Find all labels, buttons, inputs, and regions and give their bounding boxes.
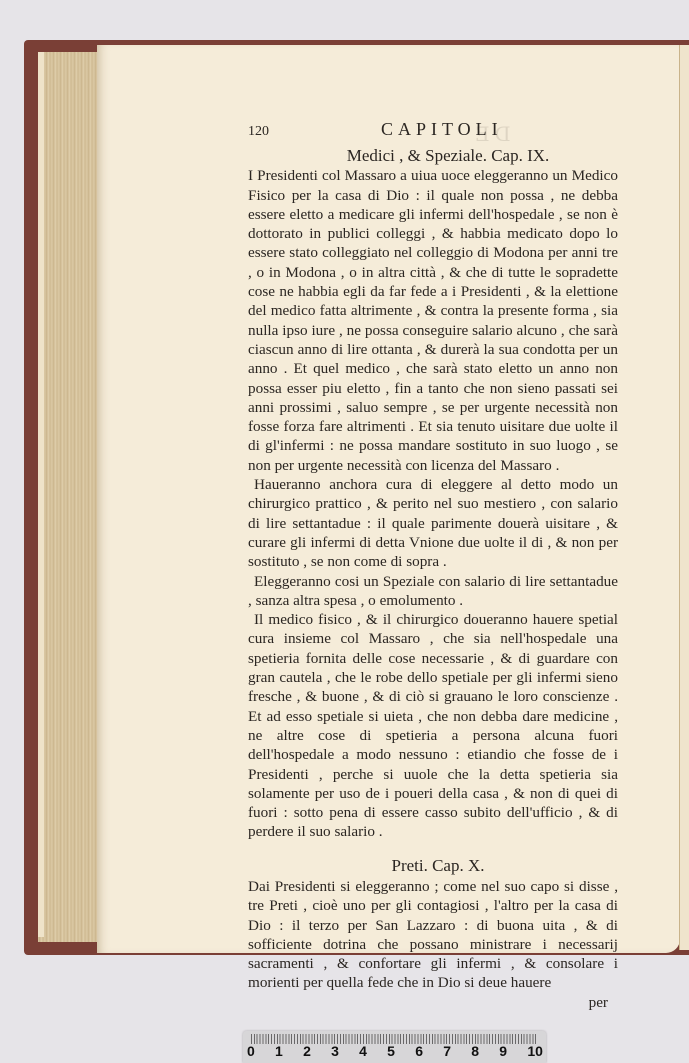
ruler-label: 10 (527, 1043, 543, 1059)
paragraph: Eleggeranno cosi un Speziale con salario… (248, 572, 618, 611)
paragraph: Dai Presidenti si eleggeranno ; come nel… (248, 877, 618, 993)
chapter-heading-ix: Medici , & Speziale. Cap. IX. (248, 146, 618, 165)
ruler-labels: 0 1 2 3 4 5 6 7 8 9 10 (247, 1043, 543, 1059)
paragraph: Haueranno anchora cura di eleggere al de… (248, 475, 618, 571)
running-head: 120 CAPITOLI (248, 120, 618, 144)
ruler-label: 2 (303, 1043, 311, 1059)
chapter-heading-x: Preti. Cap. X. (248, 856, 618, 875)
page-text-block: 120 CAPITOLI Medici , & Speziale. Cap. I… (248, 120, 618, 1012)
page-block-edges (38, 52, 100, 942)
ruler-label: 5 (387, 1043, 395, 1059)
catchword: per (248, 993, 618, 1012)
paragraph: Il medico fisico , & il chirurgico douer… (248, 610, 618, 842)
endpaper-edge (38, 52, 44, 937)
scale-ruler: 0 1 2 3 4 5 6 7 8 9 10 (243, 1031, 546, 1063)
running-title: CAPITOLI (381, 120, 503, 139)
ruler-label: 8 (471, 1043, 479, 1059)
ruler-label: 0 (247, 1043, 255, 1059)
ruler-label: 1 (275, 1043, 283, 1059)
ruler-label: 3 (331, 1043, 339, 1059)
ruler-label: 9 (499, 1043, 507, 1059)
facing-page-edge (679, 45, 689, 950)
ruler-label: 6 (415, 1043, 423, 1059)
paragraph: I Presidenti col Massaro a uiua uoce ele… (248, 166, 618, 475)
ruler-label: 4 (359, 1043, 367, 1059)
ruler-label: 7 (443, 1043, 451, 1059)
page-number: 120 (248, 122, 269, 141)
